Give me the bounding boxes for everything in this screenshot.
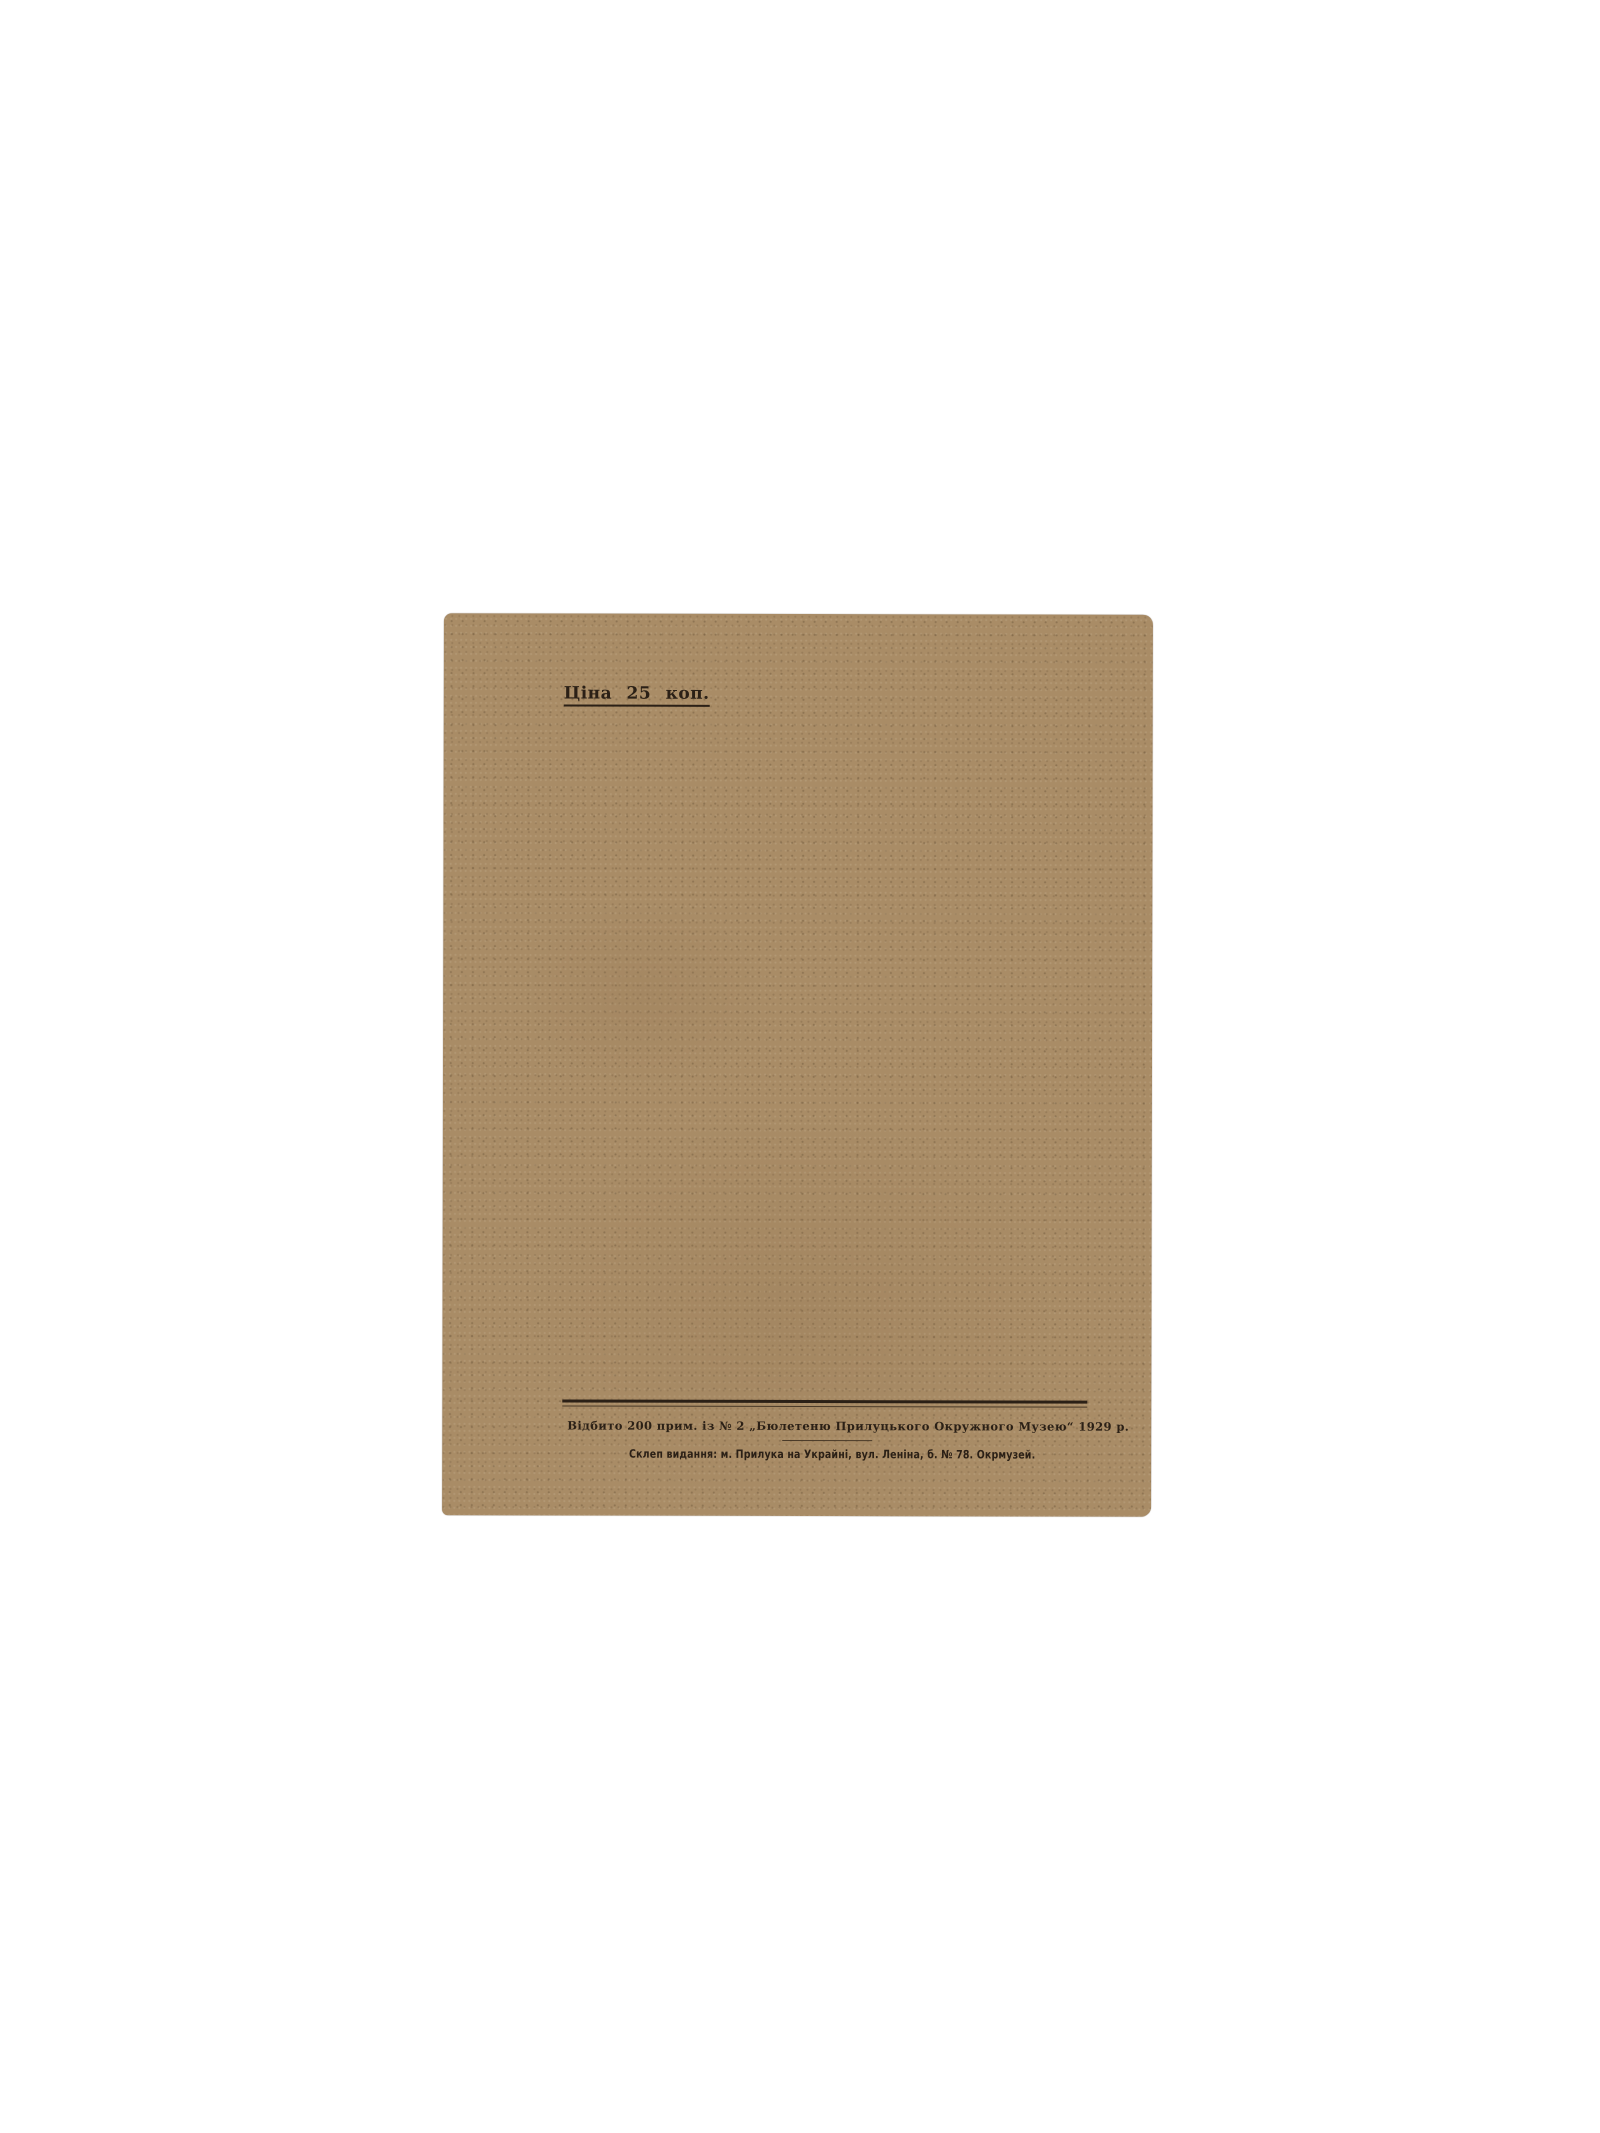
short-divider-rule (782, 1440, 872, 1441)
imprint-publisher-address: Склеп видання: м. Прилука на Украйні, ву… (627, 1447, 1037, 1462)
double-rule-thick (562, 1400, 1087, 1404)
price-label: Ціна 25 коп. (564, 684, 710, 707)
imprint-print-run: Відбито 200 прим. із № 2 „Бюлетеню Прилу… (567, 1419, 1087, 1434)
booklet-back-cover: Ціна 25 коп. Відбито 200 прим. із № 2 „Б… (442, 613, 1153, 1516)
double-rule-thin (562, 1406, 1087, 1408)
